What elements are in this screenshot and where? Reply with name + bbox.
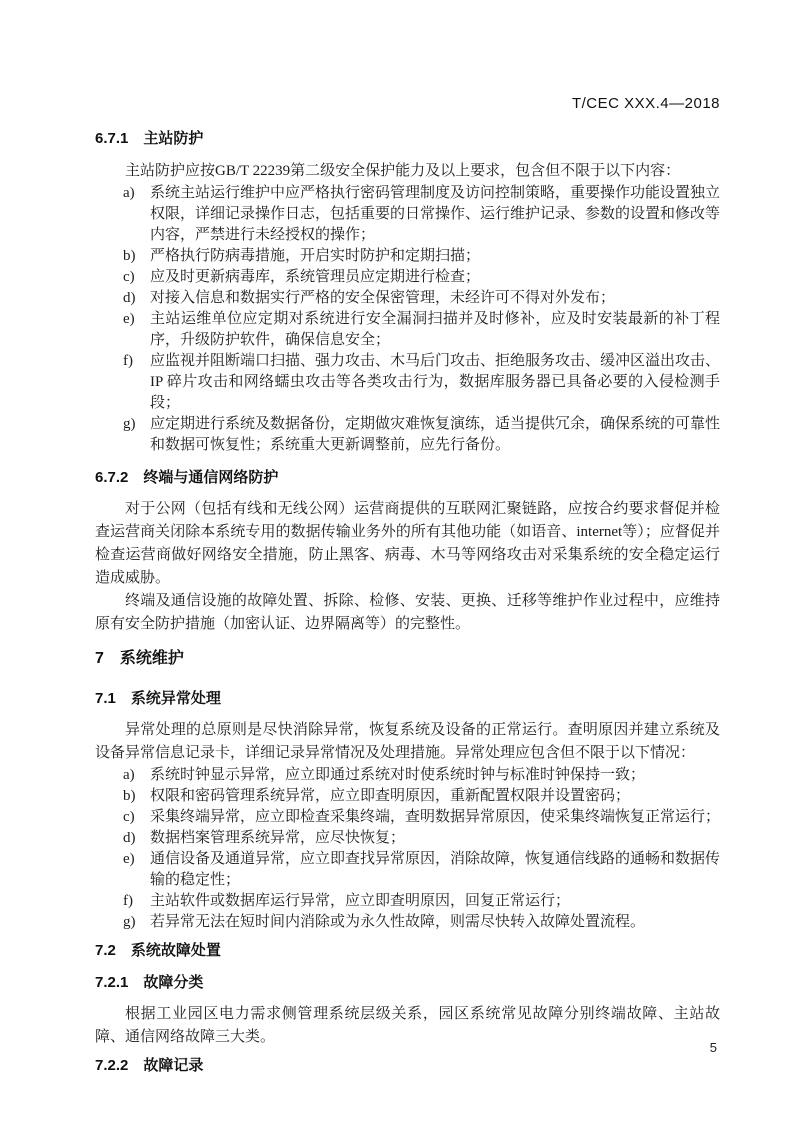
list-item: f) 主站软件或数据库运行异常，应立即查明原因，回复正常运行； [95, 891, 720, 912]
list-item-label: e) [123, 849, 150, 891]
section-number: 6.7.1 [95, 130, 128, 147]
list-item-text: 应监视并阻断端口扫描、强力攻击、木马后门攻击、拒绝服务攻击、缓冲区溢出攻击、IP… [150, 351, 720, 414]
section-6-7-1-intro: 主站防护应按GB/T 22239第二级安全保护能力及以上要求，包含但不限于以下内… [95, 160, 720, 183]
section-6-7-2-paragraph-2: 终端及通信设施的故障处置、拆除、检修、安装、更换、迁移等维护作业过程中，应维持原… [95, 590, 720, 636]
section-heading-6-7-1: 6.7.1主站防护 [95, 129, 720, 149]
list-item: a) 系统时钟显示异常，应立即通过系统对时使系统时钟与标准时钟保持一致； [95, 765, 720, 786]
section-heading-7-2-2: 7.2.2故障记录 [95, 1056, 720, 1076]
list-item: f) 应监视并阻断端口扫描、强力攻击、木马后门攻击、拒绝服务攻击、缓冲区溢出攻击… [95, 351, 720, 414]
list-item-text: 严格执行防病毒措施，开启实时防护和定期扫描； [150, 246, 720, 267]
section-title: 故障记录 [143, 1057, 203, 1074]
section-number: 7.2 [95, 942, 116, 959]
section-title: 系统故障处置 [131, 942, 221, 959]
section-title: 终端与通信网络防护 [143, 469, 278, 486]
page-number: 5 [710, 1040, 717, 1055]
list-item-label: a) [123, 183, 150, 246]
list-item-label: f) [123, 891, 150, 912]
list-item: e) 主站运维单位应定期对系统进行安全漏洞扫描并及时修补，应及时安装最新的补丁程… [95, 309, 720, 351]
list-item: g) 若异常无法在短时间内消除或为永久性故障，则需尽快转入故障处置流程。 [95, 912, 720, 933]
list-item-text: 数据档案管理系统异常，应尽快恢复； [150, 828, 720, 849]
section-number: 7.2.1 [95, 974, 128, 991]
list-item: d) 对接入信息和数据实行严格的安全保密管理，未经许可不得对外发布； [95, 288, 720, 309]
list-item-text: 对接入信息和数据实行严格的安全保密管理，未经许可不得对外发布； [150, 288, 720, 309]
section-title: 系统异常处理 [131, 690, 221, 707]
list-item-text: 若异常无法在短时间内消除或为永久性故障，则需尽快转入故障处置流程。 [150, 912, 720, 933]
section-6-7-2-paragraph-1: 对于公网（包括有线和无线公网）运营商提供的互联网汇聚链路，应按合约要求督促并检查… [95, 498, 720, 590]
list-item: b) 权限和密码管理系统异常，应立即查明原因，重新配置权限并设置密码； [95, 786, 720, 807]
list-item: d) 数据档案管理系统异常，应尽快恢复； [95, 828, 720, 849]
list-item-text: 应及时更新病毒库，系统管理员应定期进行检查； [150, 267, 720, 288]
list-item: g) 应定期进行系统及数据备份，定期做灾难恢复演练，适当提供冗余，确保系统的可靠… [95, 414, 720, 456]
chapter-title: 系统维护 [120, 650, 184, 667]
list-item: c) 采集终端异常，应立即检查采集终端，查明数据异常原因，使采集终端恢复正常运行… [95, 807, 720, 828]
list-item-label: f) [123, 351, 150, 414]
chapter-heading-7: 7系统维护 [95, 649, 720, 669]
list-item-text: 应定期进行系统及数据备份，定期做灾难恢复演练，适当提供冗余，确保系统的可靠性和数… [150, 414, 720, 456]
section-number: 6.7.2 [95, 469, 128, 486]
list-item-label: g) [123, 912, 150, 933]
list-item-label: a) [123, 765, 150, 786]
doc-number: T/CEC XXX.4—2018 [95, 96, 720, 112]
list-item-text: 通信设备及通道异常，应立即查找异常原因，消除故障，恢复通信线路的通畅和数据传输的… [150, 849, 720, 891]
section-heading-7-1: 7.1系统异常处理 [95, 689, 720, 709]
section-heading-7-2-1: 7.2.1故障分类 [95, 973, 720, 993]
list-item-label: e) [123, 309, 150, 351]
section-number: 7.2.2 [95, 1057, 128, 1074]
document-page: T/CEC XXX.4—2018 6.7.1主站防护 主站防护应按GB/T 22… [0, 0, 793, 1122]
section-7-1-intro: 异常处理的总原则是尽快消除异常，恢复系统及设备的正常运行。查明原因并建立系统及设… [95, 719, 720, 765]
section-7-1-list: a) 系统时钟显示异常，应立即通过系统对时使系统时钟与标准时钟保持一致； b) … [95, 765, 720, 933]
list-item-label: c) [123, 807, 150, 828]
list-item-text: 主站软件或数据库运行异常，应立即查明原因，回复正常运行； [150, 891, 720, 912]
list-item-text: 系统时钟显示异常，应立即通过系统对时使系统时钟与标准时钟保持一致； [150, 765, 720, 786]
list-item-label: d) [123, 288, 150, 309]
section-title: 主站防护 [143, 130, 203, 147]
section-number: 7.1 [95, 690, 116, 707]
section-heading-7-2: 7.2系统故障处置 [95, 941, 720, 961]
list-item: b) 严格执行防病毒措施，开启实时防护和定期扫描； [95, 246, 720, 267]
list-item-label: d) [123, 828, 150, 849]
section-title: 故障分类 [143, 974, 203, 991]
list-item-label: b) [123, 246, 150, 267]
list-item: e) 通信设备及通道异常，应立即查找异常原因，消除故障，恢复通信线路的通畅和数据… [95, 849, 720, 891]
list-item: c) 应及时更新病毒库，系统管理员应定期进行检查； [95, 267, 720, 288]
chapter-number: 7 [95, 650, 104, 667]
section-7-2-1-paragraph: 根据工业园区电力需求侧管理系统层级关系，园区系统常见故障分别终端故障、主站故障、… [95, 1003, 720, 1049]
section-6-7-1-list: a) 系统主站运行维护中应严格执行密码管理制度及访问控制策略，重要操作功能设置独… [95, 183, 720, 456]
list-item-label: b) [123, 786, 150, 807]
list-item: a) 系统主站运行维护中应严格执行密码管理制度及访问控制策略，重要操作功能设置独… [95, 183, 720, 246]
list-item-text: 系统主站运行维护中应严格执行密码管理制度及访问控制策略，重要操作功能设置独立权限… [150, 183, 720, 246]
list-item-label: g) [123, 414, 150, 456]
list-item-text: 采集终端异常，应立即检查采集终端，查明数据异常原因，使采集终端恢复正常运行； [150, 807, 720, 828]
list-item-text: 主站运维单位应定期对系统进行安全漏洞扫描并及时修补，应及时安装最新的补丁程序，升… [150, 309, 720, 351]
list-item-label: c) [123, 267, 150, 288]
section-heading-6-7-2: 6.7.2终端与通信网络防护 [95, 468, 720, 488]
list-item-text: 权限和密码管理系统异常，应立即查明原因，重新配置权限并设置密码； [150, 786, 720, 807]
